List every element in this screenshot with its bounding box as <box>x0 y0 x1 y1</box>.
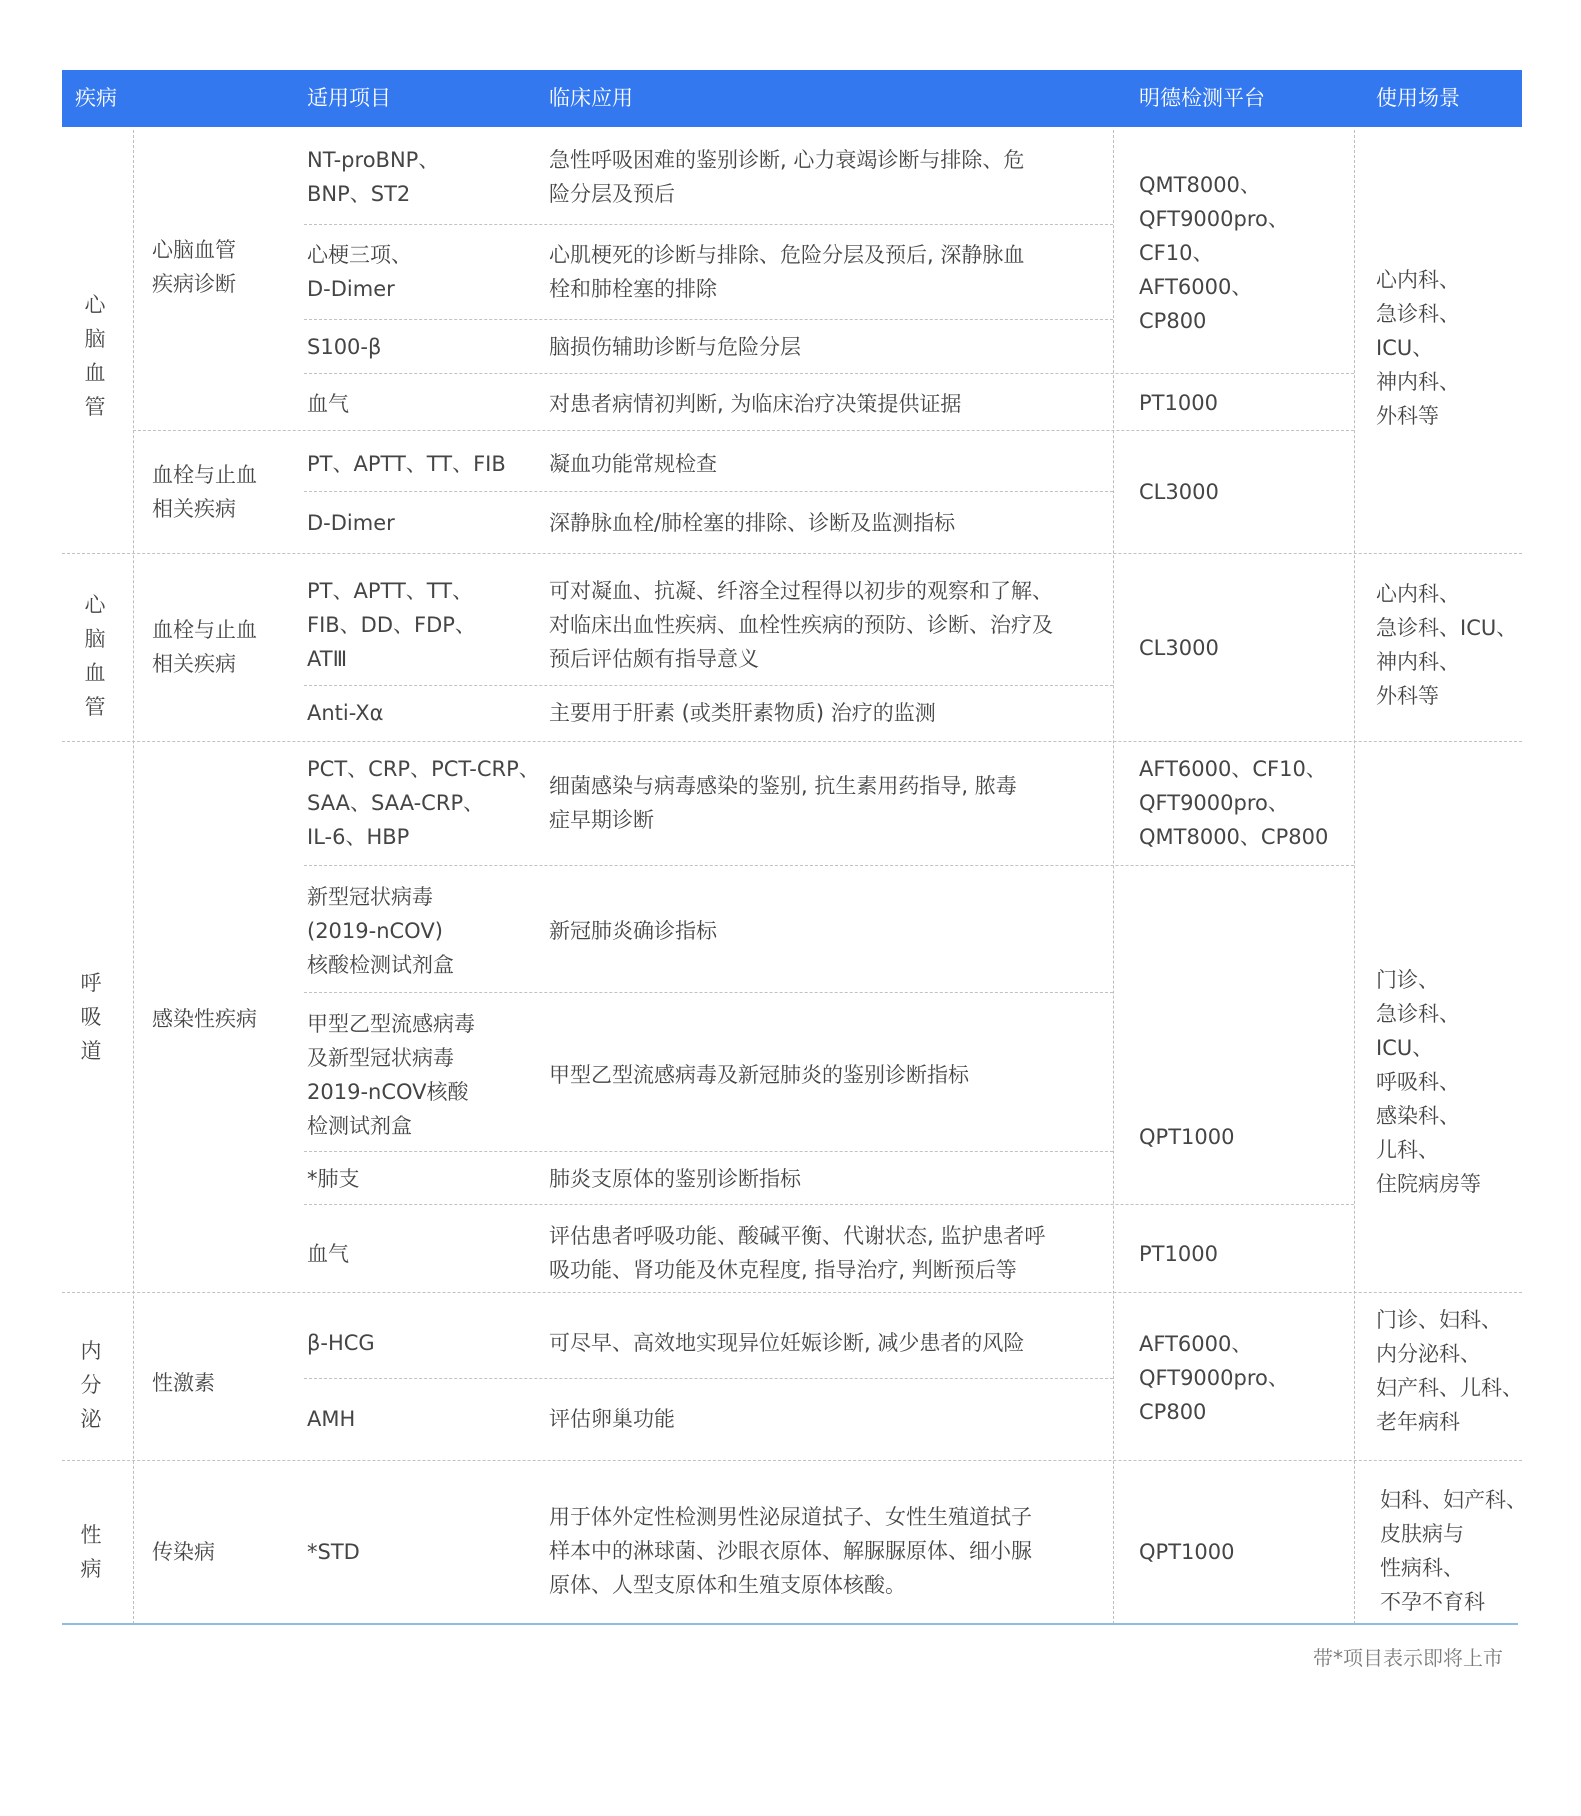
clinical-cell: 深静脉血栓/肺栓塞的排除、诊断及监测指标 <box>549 506 955 540</box>
group-label: 性激素 <box>152 1366 215 1400</box>
category-label: 心 脑 血 管 <box>80 588 110 724</box>
clinical-cell: 细菌感染与病毒感染的鉴别, 抗生素用药指导, 脓毒 症早期诊断 <box>549 769 1017 837</box>
scene-cell: 门诊、妇科、 内分泌科、 妇产科、儿科、 老年病科 <box>1376 1303 1523 1439</box>
scene-cell: 心内科、 急诊科、 ICU、 神内科、 外科等 <box>1376 263 1460 433</box>
row-separator <box>304 685 1113 686</box>
item-cell: *肺支 <box>307 1162 360 1196</box>
platform-cell: QMT8000、 QFT9000pro、 CF10、 AFT6000、 CP80… <box>1139 168 1289 338</box>
item-cell: PCT、CRP、PCT-CRP、 SAA、SAA-CRP、 IL-6、HBP <box>307 752 540 854</box>
section-separator <box>62 1292 1522 1293</box>
item-cell: NT-proBNP、 BNP、ST2 <box>307 143 439 211</box>
clinical-cell: 用于体外定性检测男性泌尿道拭子、女性生殖道拭子 样本中的淋球菌、沙眼衣原体、解脲… <box>549 1500 1032 1602</box>
divider-scene <box>1354 130 1355 1624</box>
item-cell: PT、APTT、TT、FIB <box>307 447 506 481</box>
item-cell: PT、APTT、TT、 FIB、DD、FDP、 ATⅢ <box>307 574 476 676</box>
divider-category <box>133 130 134 1624</box>
scene-cell: 妇科、妇产科、 皮肤病与 性病科、 不孕不育科 <box>1380 1483 1527 1619</box>
section-separator <box>62 1460 1522 1461</box>
row-separator <box>304 992 1113 993</box>
group-label: 心脑血管 疾病诊断 <box>152 233 236 301</box>
header-clinical: 临床应用 <box>549 70 633 127</box>
category-label: 心 脑 血 管 <box>80 288 110 424</box>
clinical-cell: 凝血功能常规检查 <box>549 447 717 481</box>
item-cell: 新型冠状病毒 (2019-nCOV) 核酸检测试剂盒 <box>307 880 454 982</box>
header-items: 适用项目 <box>307 70 391 127</box>
item-cell: D-Dimer <box>307 506 395 540</box>
group-label: 感染性疾病 <box>152 1002 257 1036</box>
category-label: 呼 吸 道 <box>76 966 106 1068</box>
clinical-cell: 可尽早、高效地实现异位妊娠诊断, 减少患者的风险 <box>549 1326 1024 1360</box>
item-cell: 甲型乙型流感病毒 及新型冠状病毒 2019-nCOV核酸 检测试剂盒 <box>307 1007 475 1143</box>
header-scene: 使用场景 <box>1376 70 1460 127</box>
item-cell: *STD <box>307 1535 360 1569</box>
platform-cell: CL3000 <box>1139 631 1219 665</box>
platform-cell: AFT6000、CF10、 QFT9000pro、 QMT8000、CP800 <box>1139 752 1328 854</box>
row-separator <box>304 1378 1113 1379</box>
item-cell: 血气 <box>307 1237 349 1271</box>
row-separator <box>304 373 1354 374</box>
scene-cell: 门诊、 急诊科、 ICU、 呼吸科、 感染科、 儿科、 住院病房等 <box>1376 963 1481 1201</box>
platform-cell: PT1000 <box>1139 386 1218 420</box>
group-label: 血栓与止血 相关疾病 <box>152 458 257 526</box>
table-bottom-rule <box>62 1623 1518 1625</box>
section-separator <box>62 553 1522 554</box>
section-separator <box>62 741 1522 742</box>
clinical-cell: 对患者病情初判断, 为临床治疗决策提供证据 <box>549 387 961 421</box>
platform-cell: AFT6000、 QFT9000pro、 CP800 <box>1139 1327 1289 1429</box>
row-separator <box>304 319 1113 320</box>
item-cell: Anti-Xα <box>307 696 384 730</box>
platform-cell: CL3000 <box>1139 475 1219 509</box>
table-header: 疾病 适用项目 临床应用 明德检测平台 使用场景 <box>62 70 1522 127</box>
item-cell: S100-β <box>307 330 381 364</box>
row-separator <box>304 491 1113 492</box>
clinical-cell: 脑损伤辅助诊断与危险分层 <box>549 330 801 364</box>
group-separator <box>133 430 1354 431</box>
item-cell: 血气 <box>307 387 349 421</box>
row-separator <box>304 224 1113 225</box>
clinical-cell: 心肌梗死的诊断与排除、危险分层及预后, 深静脉血 栓和肺栓塞的排除 <box>549 238 1024 306</box>
platform-cell: PT1000 <box>1139 1237 1218 1271</box>
clinical-cell: 新冠肺炎确诊指标 <box>549 914 717 948</box>
clinical-cell: 评估患者呼吸功能、酸碱平衡、代谢状态, 监护患者呼 吸功能、肾功能及休克程度, … <box>549 1219 1045 1287</box>
category-label: 性 病 <box>76 1518 106 1586</box>
row-separator <box>304 1204 1354 1205</box>
item-cell: β-HCG <box>307 1326 375 1360</box>
clinical-cell: 主要用于肝素 (或类肝素物质) 治疗的监测 <box>549 696 936 730</box>
row-separator <box>304 1151 1113 1152</box>
divider-platform <box>1113 130 1114 1624</box>
item-cell: AMH <box>307 1402 355 1436</box>
platform-cell: QPT1000 <box>1139 1120 1234 1154</box>
clinical-cell: 急性呼吸困难的鉴别诊断, 心力衰竭诊断与排除、危 险分层及预后 <box>549 143 1024 211</box>
group-label: 传染病 <box>152 1535 215 1569</box>
header-disease: 疾病 <box>75 70 117 127</box>
platform-cell: QPT1000 <box>1139 1535 1234 1569</box>
clinical-cell: 评估卵巢功能 <box>549 1402 675 1436</box>
clinical-cell: 甲型乙型流感病毒及新冠肺炎的鉴别诊断指标 <box>549 1058 969 1092</box>
row-separator <box>304 865 1354 866</box>
clinical-cell: 可对凝血、抗凝、纤溶全过程得以初步的观察和了解、 对临床出血性疾病、血栓性疾病的… <box>549 574 1053 676</box>
header-platform: 明德检测平台 <box>1139 70 1265 127</box>
scene-cell: 心内科、 急诊科、ICU、 神内科、 外科等 <box>1376 577 1517 713</box>
group-label: 血栓与止血 相关疾病 <box>152 613 257 681</box>
item-cell: 心梗三项、 D-Dimer <box>307 238 412 306</box>
clinical-cell: 肺炎支原体的鉴别诊断指标 <box>549 1162 801 1196</box>
footnote: 带*项目表示即将上市 <box>1313 1642 1503 1671</box>
category-label: 内 分 泌 <box>76 1334 106 1436</box>
